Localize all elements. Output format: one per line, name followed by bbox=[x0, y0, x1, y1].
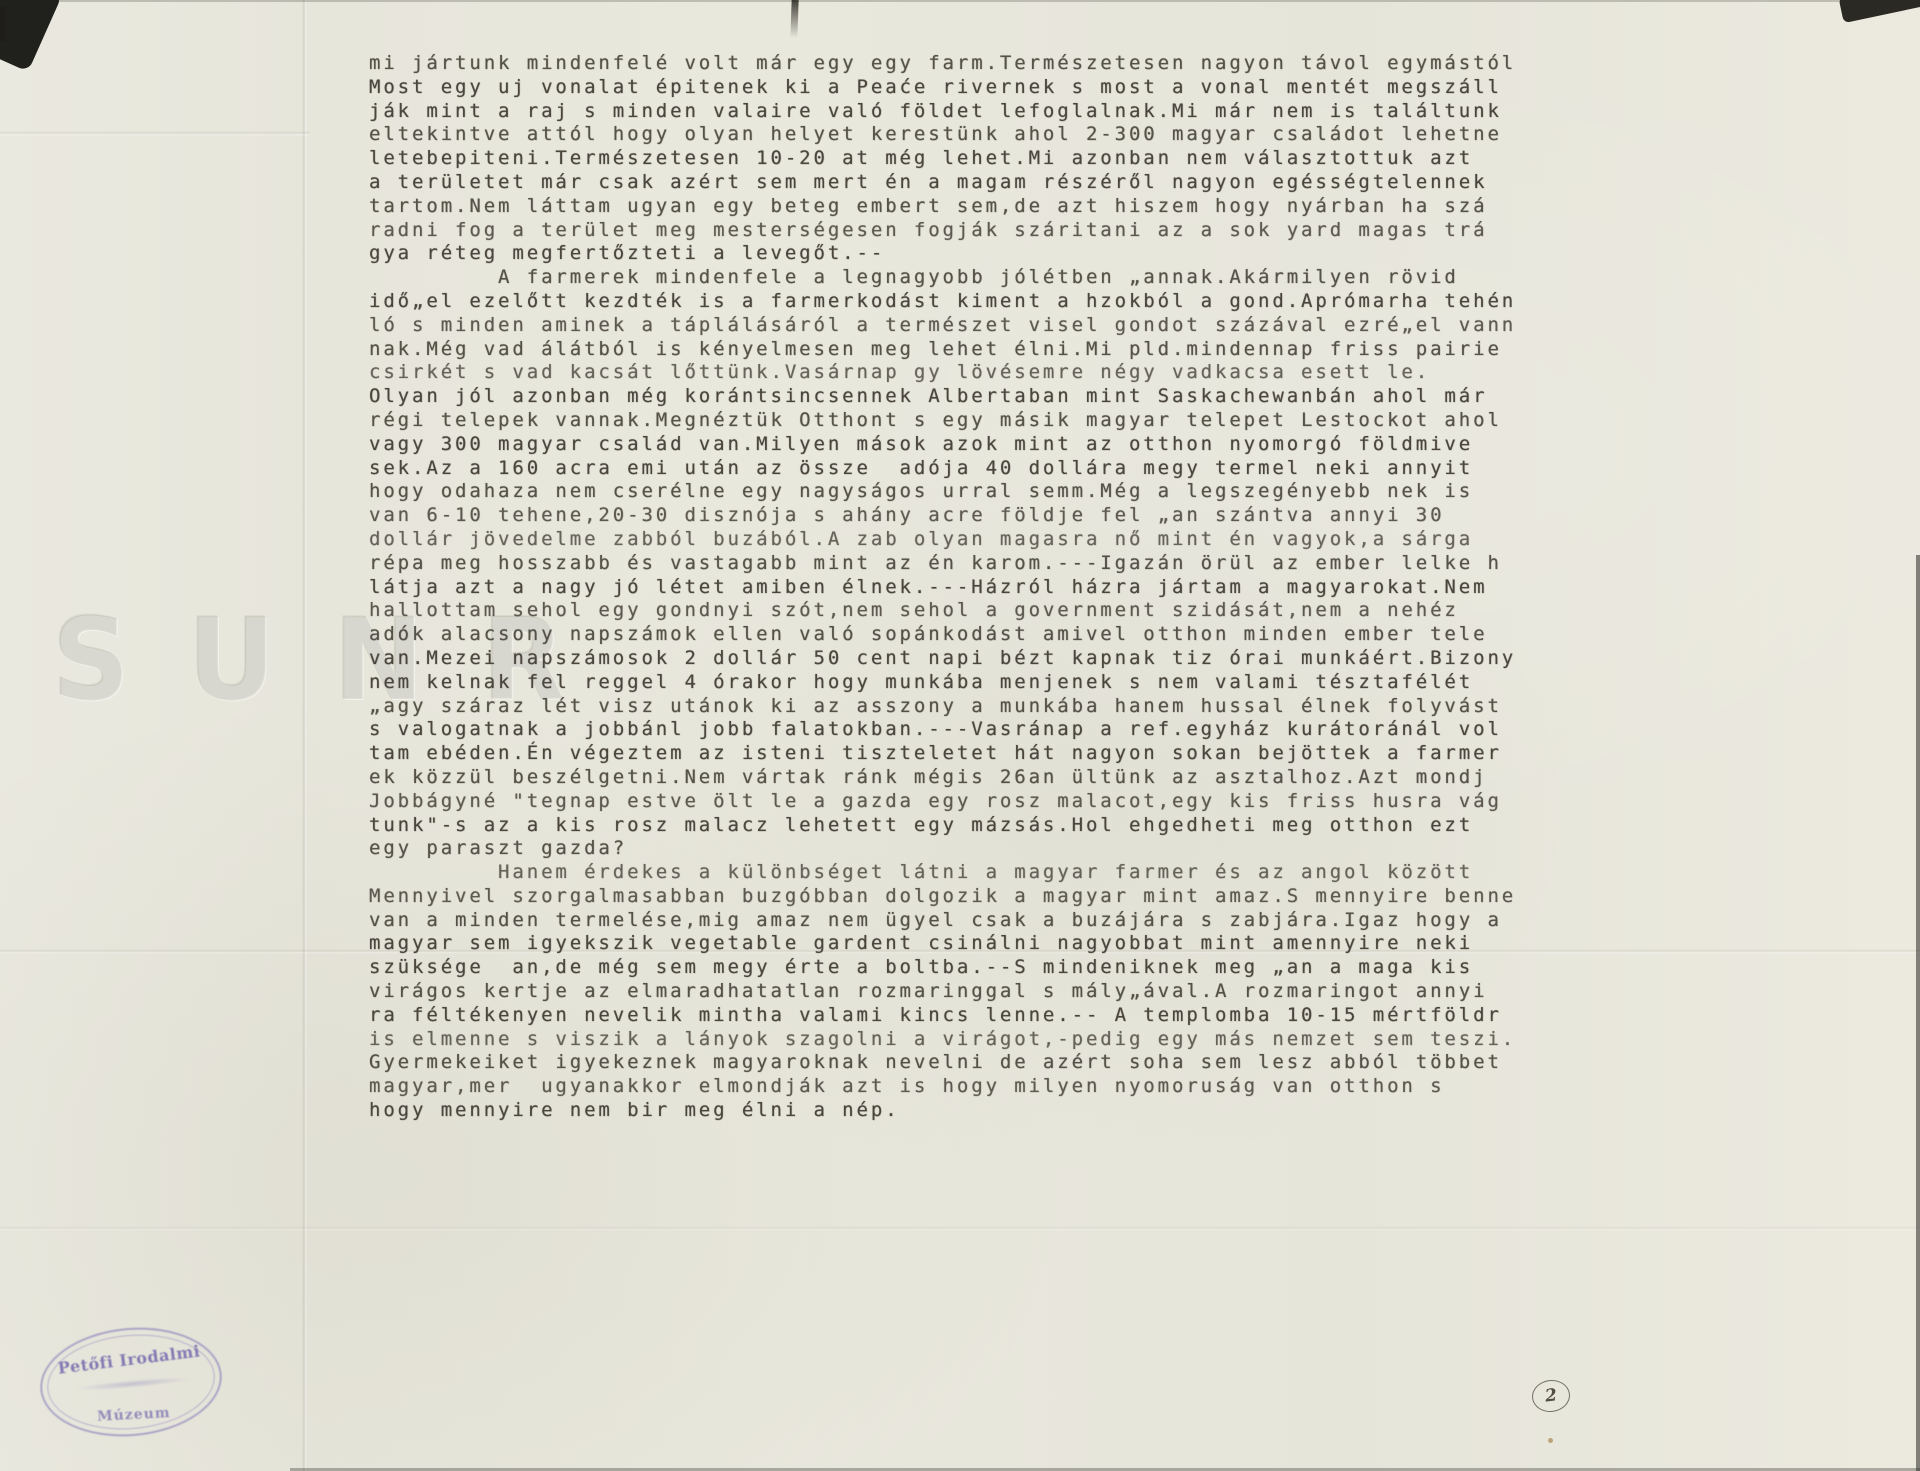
text-line: „agy száraz lét visz utánok ki az asszon… bbox=[369, 695, 1549, 719]
scan-edge-top bbox=[0, 0, 1920, 2]
typewritten-text: mi jártunk mindenfelé volt már egy egy f… bbox=[369, 52, 1549, 1123]
text-line: is elmenne s viszik a lányok szagolni a … bbox=[369, 1028, 1549, 1052]
scan-edge-right bbox=[1916, 555, 1920, 1471]
text-line: Most egy uj vonalat épitenek ki a Peaće … bbox=[369, 76, 1549, 100]
text-line: tartom.Nem láttam ugyan egy beteg embert… bbox=[369, 195, 1549, 219]
text-line: Jobbágyné "tegnap estve ölt le a gazda e… bbox=[369, 790, 1549, 814]
text-line: van 6-10 tehene,20-30 disznója s ahány a… bbox=[369, 504, 1549, 528]
text-line: a területet már csak azért sem mert én a… bbox=[369, 171, 1549, 195]
horizontal-crease-top-left bbox=[0, 131, 310, 136]
text-line: hogy odahaza nem cserélne egy nagyságos … bbox=[369, 480, 1549, 504]
text-line: Mennyivel szorgalmasabban buzgóbban dolg… bbox=[369, 885, 1549, 909]
fold-mark-top-center bbox=[790, 0, 798, 38]
text-line: régi telepek vannak.Megnéztük Otthont s … bbox=[369, 409, 1549, 433]
text-line: s valogatnak a jobbánl jobb falatokban.-… bbox=[369, 718, 1549, 742]
text-line: répa meg hosszabb és vastagabb mint az é… bbox=[369, 552, 1549, 576]
text-line: nem kelnak fel reggel 4 órakor hogy munk… bbox=[369, 671, 1549, 695]
horizontal-crease-lower bbox=[0, 1226, 1920, 1231]
text-line: szüksége an,de még sem megy érte a boltb… bbox=[369, 956, 1549, 980]
text-line: ják mint a raj s minden valaire való föl… bbox=[369, 100, 1549, 124]
museum-stamp: Petőfi Irodalmi Múzeum bbox=[36, 1320, 227, 1443]
text-line: mi jártunk mindenfelé volt már egy egy f… bbox=[369, 52, 1549, 76]
text-line: letebepiteni.Természetesen 10-20 at még … bbox=[369, 147, 1549, 171]
text-line: radni fog a terület meg mesterségesen fo… bbox=[369, 219, 1549, 243]
text-line: hallottam sehol egy gondnyi szót,nem seh… bbox=[369, 599, 1549, 623]
text-line: vagy 300 magyar család van.Milyen mások … bbox=[369, 433, 1549, 457]
text-line: ek közzül beszélgetni.Nem vártak ránk mé… bbox=[369, 766, 1549, 790]
text-line: magyar,mer ugyanakkor elmondják azt is h… bbox=[369, 1075, 1549, 1099]
text-line: nak.Még vad álátból is kényelmesen meg l… bbox=[369, 338, 1549, 362]
text-line: Olyan jól azonban még korántsincsennek A… bbox=[369, 385, 1549, 409]
text-line: eltekintve attól hogy olyan helyet keres… bbox=[369, 123, 1549, 147]
text-line: csirkét s vad kacsát lőttünk.Vasárnap gy… bbox=[369, 361, 1549, 385]
text-line: egy paraszt gazda? bbox=[369, 837, 1549, 861]
text-line: van.Mezei napszámosok 2 dollár 50 cent n… bbox=[369, 647, 1549, 671]
text-line: Hanem érdekes a különbséget látni a magy… bbox=[369, 861, 1549, 885]
text-line: Gyermekeiket igyekeznek magyaroknak neve… bbox=[369, 1051, 1549, 1075]
text-line: ló s minden aminek a táplálásáról a term… bbox=[369, 314, 1549, 338]
page-number-circled: 2 bbox=[1530, 1378, 1572, 1414]
text-line: A farmerek mindenfele a legnagyobb jólét… bbox=[369, 266, 1549, 290]
text-line: gya réteg megfertőzteti a levegőt.-- bbox=[369, 242, 1549, 266]
text-line: hogy mennyire nem bir meg élni a nép. bbox=[369, 1099, 1549, 1123]
text-line: adók alacsony napszámok ellen való sopán… bbox=[369, 623, 1549, 647]
vertical-fold-crease bbox=[302, 0, 307, 1471]
dark-corner-top-right bbox=[1838, 0, 1920, 23]
text-line: sek.Az a 160 acra emi után az össze adój… bbox=[369, 457, 1549, 481]
text-line: ra féltékenyen nevelik mintha valami kin… bbox=[369, 1004, 1549, 1028]
text-line: látja azt a nagy jó létet amiben élnek.-… bbox=[369, 576, 1549, 600]
text-line: magyar sem igyekszik vegetable gardent c… bbox=[369, 932, 1549, 956]
text-line: virágos kertje az elmaradhatatlan rozmar… bbox=[369, 980, 1549, 1004]
page-number: 2 bbox=[1544, 1385, 1558, 1406]
text-line: idő„el ezelőtt kezdték is a farmerkodást… bbox=[369, 290, 1549, 314]
text-line: tam ebéden.Én végeztem az isteni tisztel… bbox=[369, 742, 1549, 766]
scanned-letter-page: SUNR mi jártunk mindenfelé volt már egy … bbox=[0, 0, 1920, 1471]
text-line: tunk"-s az a kis rosz malacz lehetett eg… bbox=[369, 814, 1549, 838]
text-line: van a minden termelése,mig amaz nem ügye… bbox=[369, 909, 1549, 933]
dark-mark-left-edge bbox=[0, 6, 6, 42]
text-line: dollár jövedelme zabból buzából.A zab ol… bbox=[369, 528, 1549, 552]
paper-speck bbox=[1548, 1438, 1553, 1443]
dark-corner-top-left bbox=[0, 0, 62, 72]
